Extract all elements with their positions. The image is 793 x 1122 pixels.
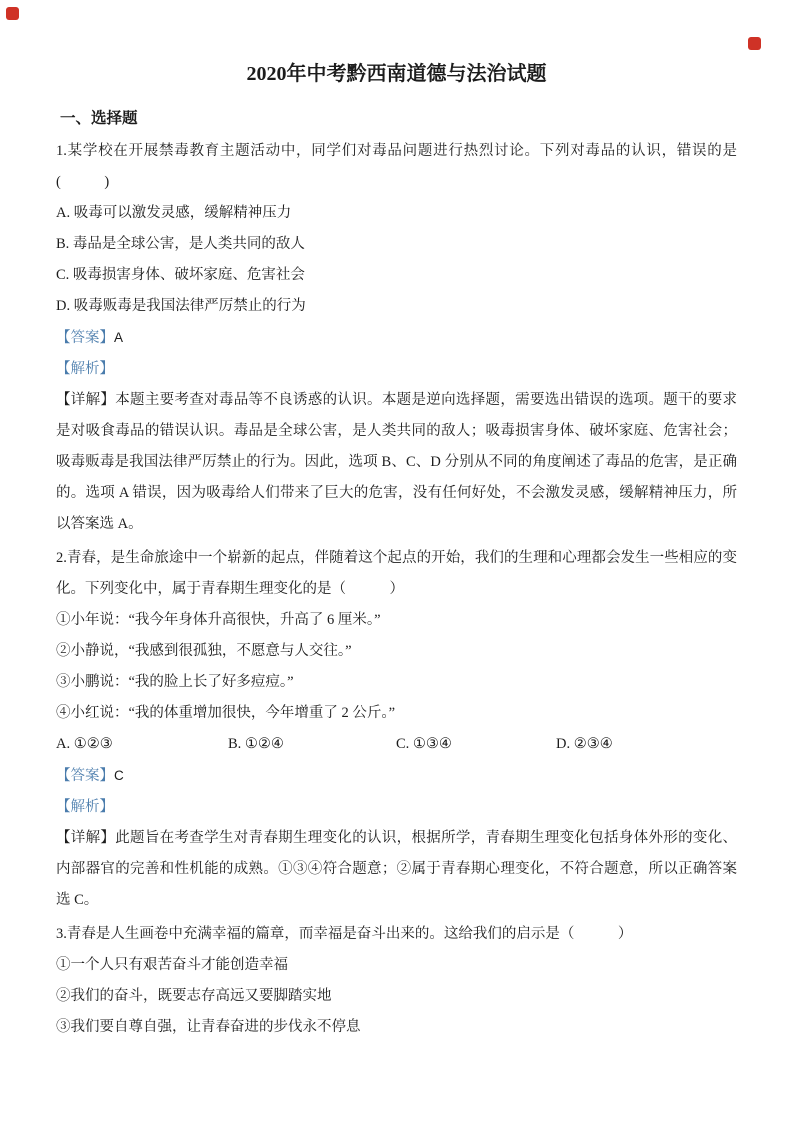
question-stem: 3.青春是人生画卷中充满幸福的篇章，而幸福是奋斗出来的。这给我们的启示是（ ）	[56, 919, 737, 950]
question-3: 3.青春是人生画卷中充满幸福的篇章，而幸福是奋斗出来的。这给我们的启示是（ ） …	[56, 919, 737, 1043]
answer-value: A	[114, 330, 123, 345]
option-a: A. 吸毒可以激发灵感，缓解精神压力	[56, 198, 737, 229]
answer-label: 【答案】	[56, 768, 114, 784]
options-row: A. ①②③ B. ①②④ C. ①③④ D. ②③④	[56, 729, 737, 760]
analysis-label: 【解析】	[56, 799, 114, 815]
statement-1: ①小年说：“我今年身体升高很快，升高了 6 厘米。”	[56, 605, 737, 636]
detail-label: 【详解】	[56, 392, 115, 408]
answer-value: C	[114, 768, 124, 783]
option-b: B. 毒品是全球公害，是人类共同的敌人	[56, 229, 737, 260]
question-stem: 1.某学校在开展禁毒教育主题活动中，同学们对毒品问题进行热烈讨论。下列对毒品的认…	[56, 136, 737, 198]
question-1: 1.某学校在开展禁毒教育主题活动中，同学们对毒品问题进行热烈讨论。下列对毒品的认…	[56, 136, 737, 540]
detail-paragraph: 【详解】此题旨在考查学生对青春期生理变化的认识，根据所学，青春期生理变化包括身体…	[56, 823, 737, 916]
analysis-label: 【解析】	[56, 361, 114, 377]
detail-text: 本题主要考查对毒品等不良诱惑的认识。本题是逆向选择题，需要选出错误的选项。题干的…	[56, 392, 737, 532]
option-d: D. 吸毒贩毒是我国法律严厉禁止的行为	[56, 291, 737, 322]
question-2: 2.青春，是生命旅途中一个崭新的起点，伴随着这个起点的开始，我们的生理和心理都会…	[56, 543, 737, 916]
option-c: C. ①③④	[396, 729, 556, 760]
option-c: C. 吸毒损害身体、破坏家庭、危害社会	[56, 260, 737, 291]
answer-line: 【答案】C	[56, 760, 737, 792]
option-b: B. ①②④	[228, 729, 396, 760]
statement-2: ②小静说，“我感到很孤独，不愿意与人交往。”	[56, 636, 737, 667]
red-marker-icon	[6, 7, 19, 20]
section-heading-choice: 一、选择题	[60, 108, 737, 130]
statement-4: ④小红说：“我的体重增加很快，今年增重了 2 公斤。”	[56, 698, 737, 729]
detail-label: 【详解】	[56, 830, 115, 846]
statement-3: ③小鹏说：“我的脸上长了好多痘痘。”	[56, 667, 737, 698]
detail-text: 此题旨在考查学生对青春期生理变化的认识，根据所学，青春期生理变化包括身体外形的变…	[56, 830, 737, 908]
page-title: 2020年中考黔西南道德与法治试题	[56, 60, 737, 88]
option-d: D. ②③④	[556, 729, 737, 760]
detail-paragraph: 【详解】本题主要考查对毒品等不良诱惑的认识。本题是逆向选择题，需要选出错误的选项…	[56, 385, 737, 540]
statement-2: ②我们的奋斗，既要志存高远又要脚踏实地	[56, 981, 737, 1012]
statement-3: ③我们要自尊自强，让青春奋进的步伐永不停息	[56, 1012, 737, 1043]
answer-label: 【答案】	[56, 330, 114, 346]
option-a: A. ①②③	[56, 729, 228, 760]
analysis-line: 【解析】	[56, 792, 737, 823]
question-stem: 2.青春，是生命旅途中一个崭新的起点，伴随着这个起点的开始，我们的生理和心理都会…	[56, 543, 737, 605]
red-marker-icon	[748, 37, 761, 50]
analysis-line: 【解析】	[56, 354, 737, 385]
document-page: 2020年中考黔西南道德与法治试题 一、选择题 1.某学校在开展禁毒教育主题活动…	[0, 0, 793, 1122]
answer-line: 【答案】A	[56, 322, 737, 354]
statement-1: ①一个人只有艰苦奋斗才能创造幸福	[56, 950, 737, 981]
